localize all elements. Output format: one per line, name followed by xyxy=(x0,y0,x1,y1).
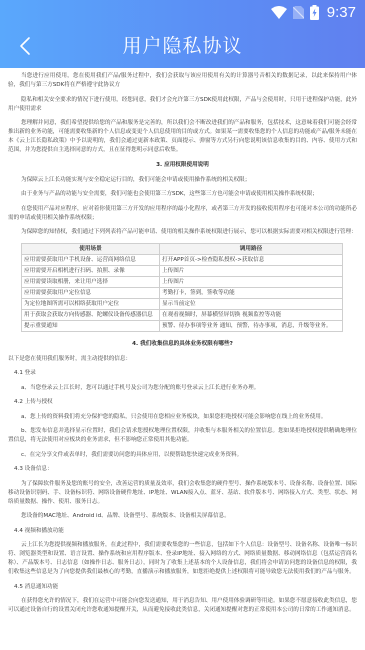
table-cell: 应用需要获取用户手机设备、运营商网络信息 xyxy=(22,254,160,265)
permissions-table: 使用场景 调用路径 应用需要获取用户手机设备、运营商网络信息 打开APP首页->… xyxy=(21,243,343,332)
table-cell: 在观看视频时，屏幕横竖屏切换 视频监控等功能 xyxy=(160,309,343,320)
intro-paragraph: 隐私和相关安全要求的情况下进行使用，经您同意，我们才会允许第三方SDK使用此权限… xyxy=(8,96,357,114)
table-row: 提示重要通知 预警、待办事项等业务 通知，预警，待办事项，消息，升级等业务。 xyxy=(22,320,343,331)
subsection-paragraph: 云上江长为您提供视频和播放服务，在此过程中，我们需要收集您的一些信息，包括如下个… xyxy=(8,541,357,577)
intro-paragraph: 当您进行应用使用，您在使用我们产品/服务过程中，我们会获取与该应用使用有关的计算… xyxy=(8,72,357,90)
page-title: 用户隐私协议 xyxy=(0,24,365,68)
subsection-paragraph: 在获得您允许的情况下，我们在运营中可能会向您发送通知，用于消息告知、用户使用体验… xyxy=(8,597,357,615)
status-time: 9:37 xyxy=(327,4,356,21)
table-row: 为定位地图所需可以相络获取用户定位 显示当前定位 xyxy=(22,298,343,309)
battery-charging-icon xyxy=(310,5,319,20)
table-cell: 用于获取会获取方向传感器、陀螺仪设备传感器信息 xyxy=(22,309,160,320)
table-row: 应用需要开启相机进行扫码、拍照、录像 上传图片 xyxy=(22,265,343,276)
table-cell: 打开APP首页->检查隐私授权->获取信息 xyxy=(160,254,343,265)
subsection-title: 4.3 设备信息： xyxy=(8,465,357,474)
table-cell: 提示重要通知 xyxy=(22,320,160,331)
table-cell: 考勤打卡，签到，签收等功能 xyxy=(160,287,343,298)
table-row: 应用需要获取用户定位信息 考勤打卡，签到，签收等功能 xyxy=(22,287,343,298)
intro-paragraph: 您理解并同意，我们希望提供给您的产品和服务是完善的，所以我们会不断改进我们的产品… xyxy=(8,119,357,155)
section-paragraph: 为保障您的知情权，我们通过下列列表将产品可能申请、使用的相关操作系统权限进行展示… xyxy=(8,228,357,237)
section-paragraph: 为保障云上江长功能实现与安全稳定运行目的，我们可能会申请或使用操作系统的相关权限… xyxy=(8,176,357,185)
table-cell: 应用需要读取相册，来让用户选择 xyxy=(22,276,160,287)
table-row: 用于获取会获取方向传感器、陀螺仪设备传感器信息 在观看视频时，屏幕横竖屏切换 视… xyxy=(22,309,343,320)
table-row: 应用需要读取相册，来让用户选择 上传图片 xyxy=(22,276,343,287)
table-cell: 上传图片 xyxy=(160,276,343,287)
subsection-paragraph: 您设备的MAC地址、Android id、品牌、设备型号、系统版本、设备相关屏幕… xyxy=(8,512,357,521)
privacy-policy-content[interactable]: 当您进行应用使用，您在使用我们产品/服务过程中，我们会获取与该应用使用有关的计算… xyxy=(0,68,365,650)
app-header: 9:37 用户隐私协议 xyxy=(0,0,365,68)
subsection-title: 4.5 消息通知功能 xyxy=(8,583,357,592)
section-paragraph: 由于业务与产品的功能与安全需要，我们可能也会使用第三方SDK，这些第三方也可能会… xyxy=(8,190,357,199)
subsection-paragraph: a、您上传的资料我们将充分保护您的隐私，只会使用在您相应业务板块，如果您拒绝授权… xyxy=(8,413,357,422)
section-lead: 以下是您在使用我们服务时，需主动提供的信息： xyxy=(8,355,357,364)
subsection-paragraph: 为了保障软件服务及您的账号的安全，改善运营的质量及效率，我们会收集您的硬件型号、… xyxy=(8,480,357,507)
section-paragraph: 在您使用产品对应程序，应对着你使用第三方开发的应用程序的最小化程序，或者第三方开… xyxy=(8,205,357,223)
no-sim-icon xyxy=(293,6,304,19)
column-header: 使用场景 xyxy=(22,243,160,254)
section-3-title: 3. 应用权限使用说明 xyxy=(8,161,357,170)
table-cell: 上传图片 xyxy=(160,265,343,276)
subsection-paragraph: b、您发布信息并选择显示位置时，我们会请求您授权地理位置权限，并收集与本服务相关… xyxy=(8,427,357,445)
table-header-row: 使用场景 调用路径 xyxy=(22,243,343,254)
subsection-title: 4.4 视频和播放功能 xyxy=(8,527,357,536)
status-bar: 9:37 xyxy=(0,0,365,24)
subsection-paragraph: a、当您登录云上江长时，您可以通过手机号及公司为您分配的账号登录云上江长进行业务… xyxy=(8,384,357,393)
subsection-title: 4.1 登录 xyxy=(8,369,357,378)
section-4-title: 4. 我们收集信息的具体业务权限有哪些? xyxy=(8,340,357,349)
subsection-paragraph: c、在完分享文件或表单时，我们需要访问您的具体应用，以便帮助您快速完成业务资料。 xyxy=(8,451,357,460)
column-header: 调用路径 xyxy=(160,243,343,254)
wifi-icon xyxy=(271,6,287,19)
table-row: 应用需要获取用户手机设备、运营商网络信息 打开APP首页->检查隐私授权->获取… xyxy=(22,254,343,265)
table-cell: 预警、待办事项等业务 通知，预警，待办事项，消息，升级等业务。 xyxy=(160,320,343,331)
table-cell: 应用需要开启相机进行扫码、拍照、录像 xyxy=(22,265,160,276)
table-cell: 为定位地图所需可以相络获取用户定位 xyxy=(22,298,160,309)
table-cell: 显示当前定位 xyxy=(160,298,343,309)
table-cell: 应用需要获取用户定位信息 xyxy=(22,287,160,298)
nav-bar: 用户隐私协议 xyxy=(0,24,365,68)
subsection-title: 4.2 上传与授权 xyxy=(8,398,357,407)
